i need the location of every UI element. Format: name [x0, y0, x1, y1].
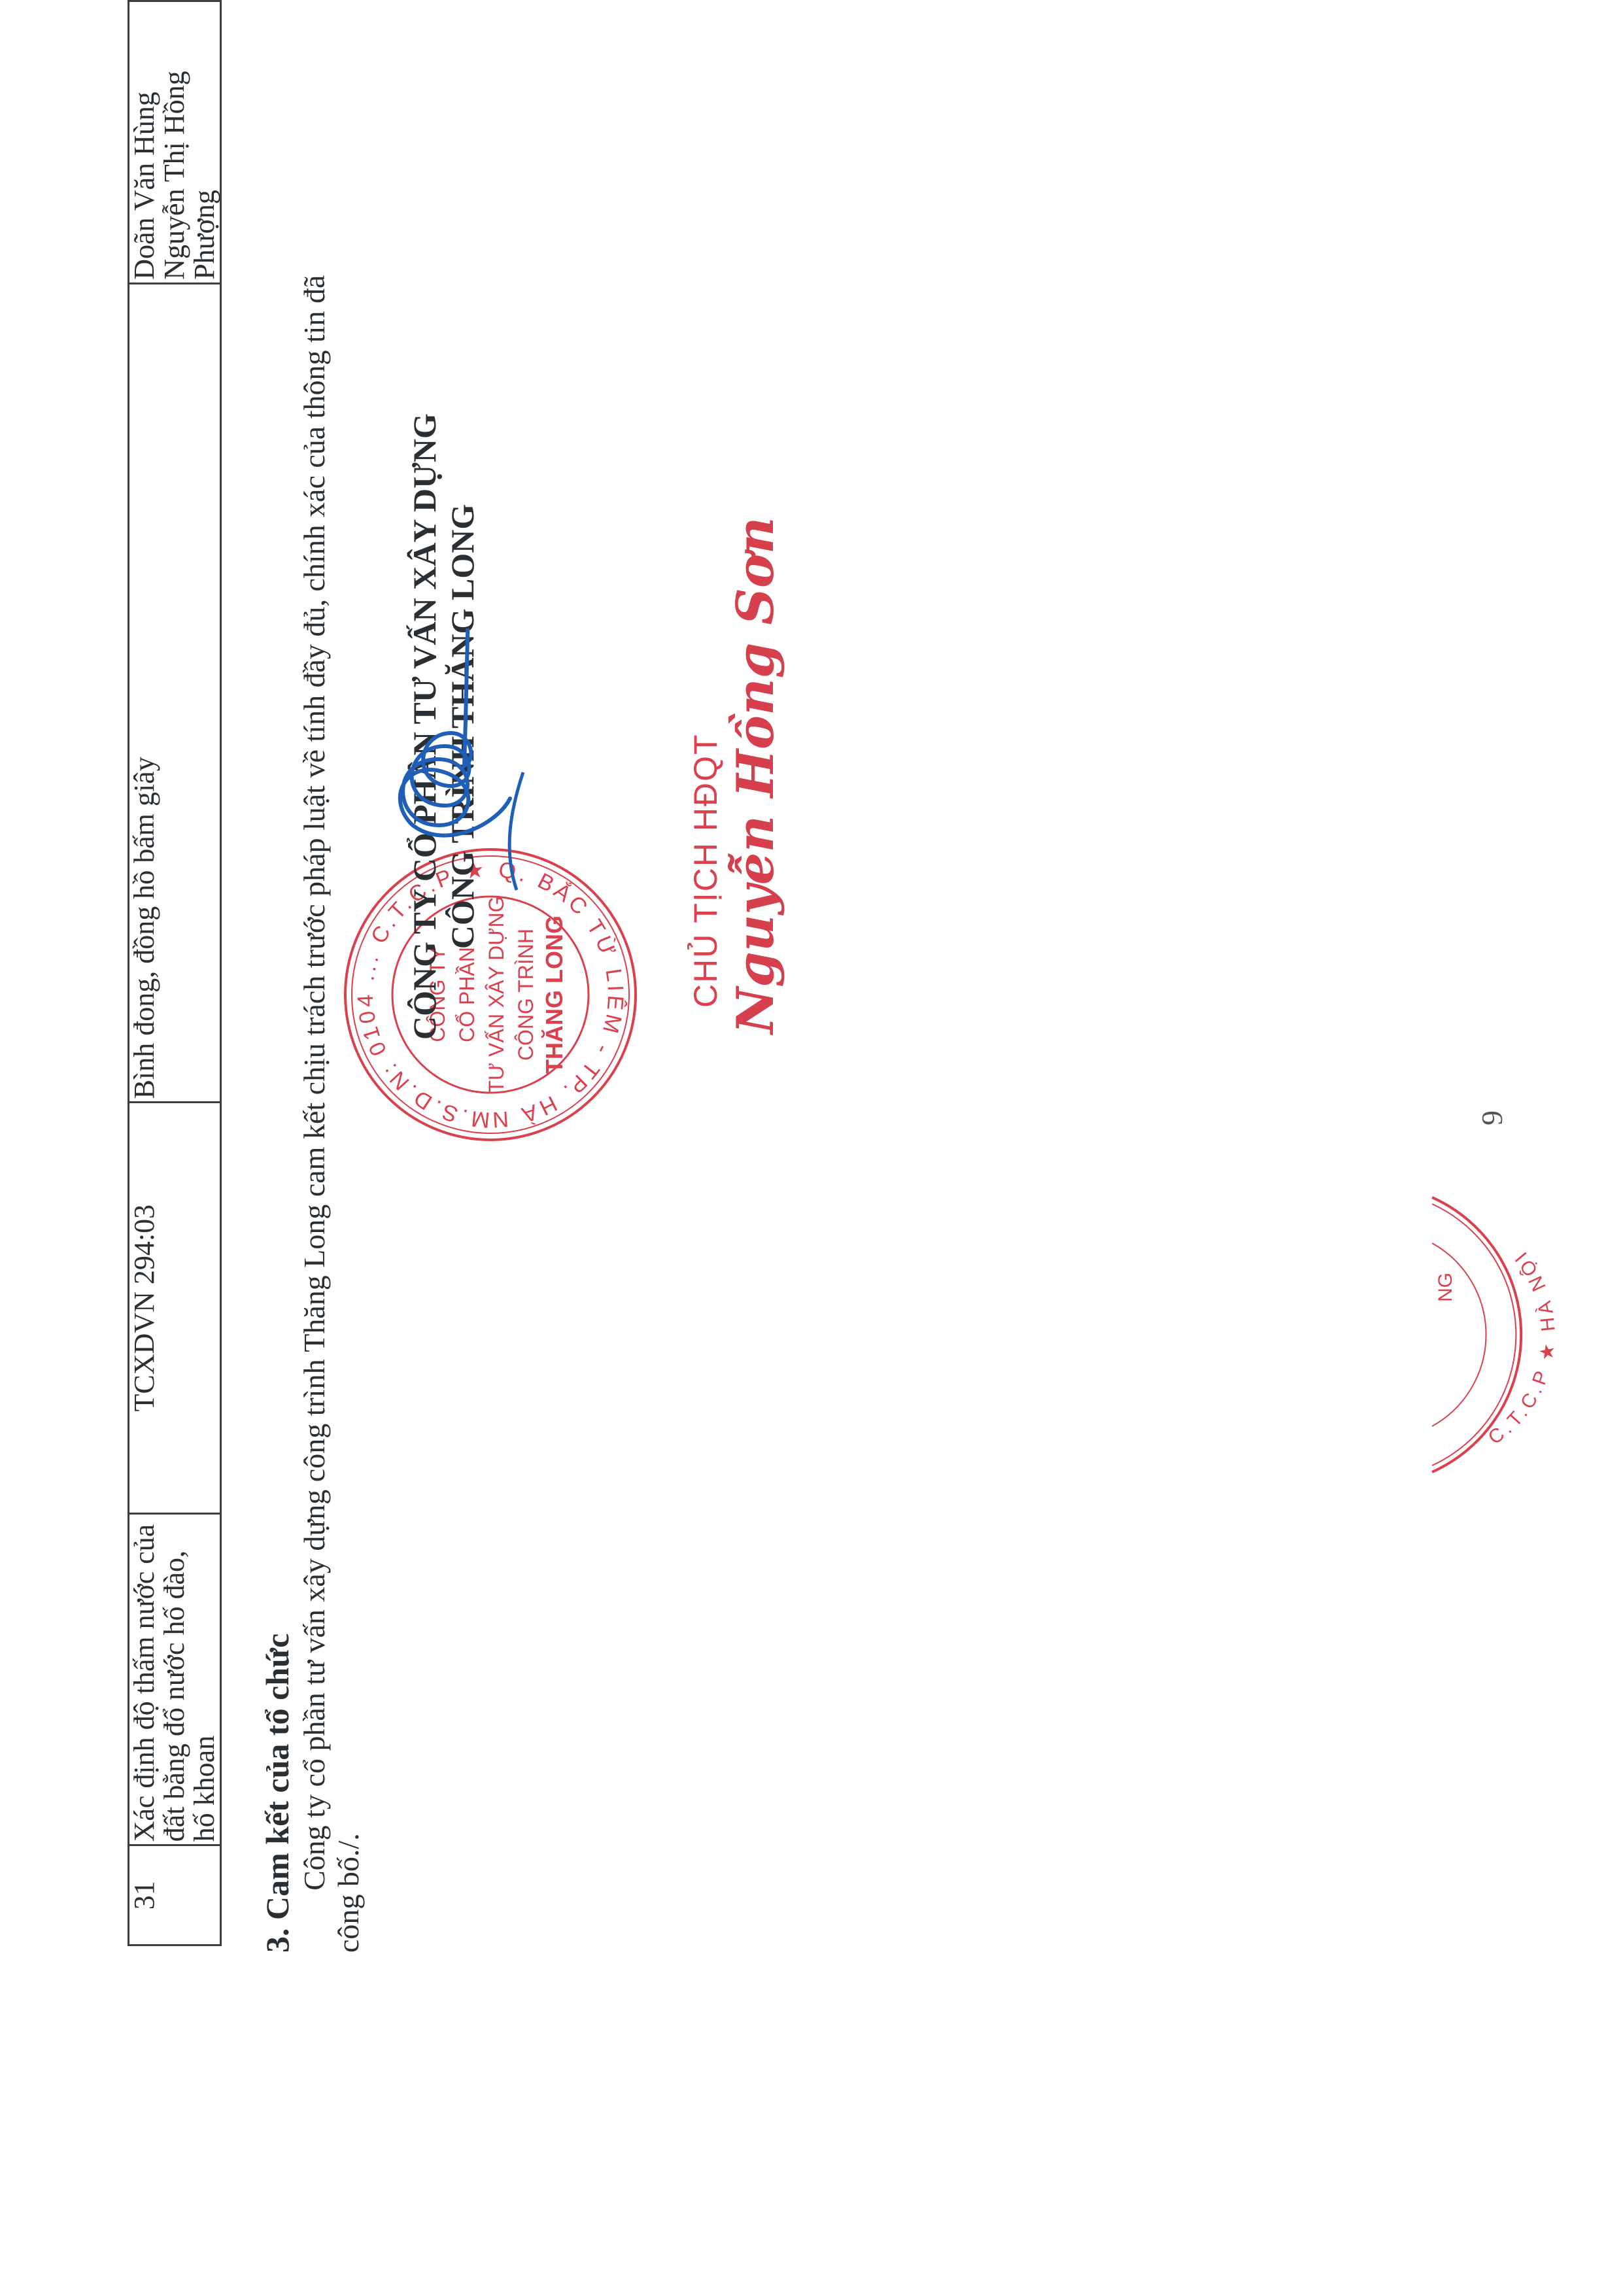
test-staff: Doãn Văn Hùng Nguyễn Thị Hồng Phượng [129, 1, 221, 284]
table-row: 31 Xác định độ thấm nước của đất bằng đổ… [129, 1, 221, 1945]
signatory-name: Nguyễn Hồng Sơn [726, 517, 785, 1034]
staff-name: Doãn Văn Hùng [129, 5, 160, 280]
rotated-page-content: 31 Xác định độ thấm nước của đất bằng đổ… [0, 0, 1623, 2296]
row-number: 31 [129, 1845, 221, 1945]
page-number: 9 [1475, 1110, 1509, 1125]
handwritten-signature [314, 628, 641, 1217]
test-description: Xác định độ thấm nước của đất bằng đổ nư… [129, 1513, 221, 1845]
signatory-role: CHỦ TỊCH HĐQT [687, 733, 725, 1008]
partial-stamp-inner: NG [1435, 1273, 1456, 1302]
partial-stamp: C.T.C.P ★ HÀ NỘI NG [1426, 1171, 1622, 1498]
test-capability-table: 31 Xác định độ thấm nước của đất bằng đổ… [128, 0, 222, 1946]
section-heading: 3. Cam kết của tổ chức [258, 1634, 296, 1953]
staff-name: Nguyễn Thị Hồng Phượng [160, 5, 220, 280]
test-standard: TCXDVN 294:03 [129, 1103, 221, 1514]
test-equipment: Bình đong, đồng hồ bấm giây [129, 283, 221, 1103]
